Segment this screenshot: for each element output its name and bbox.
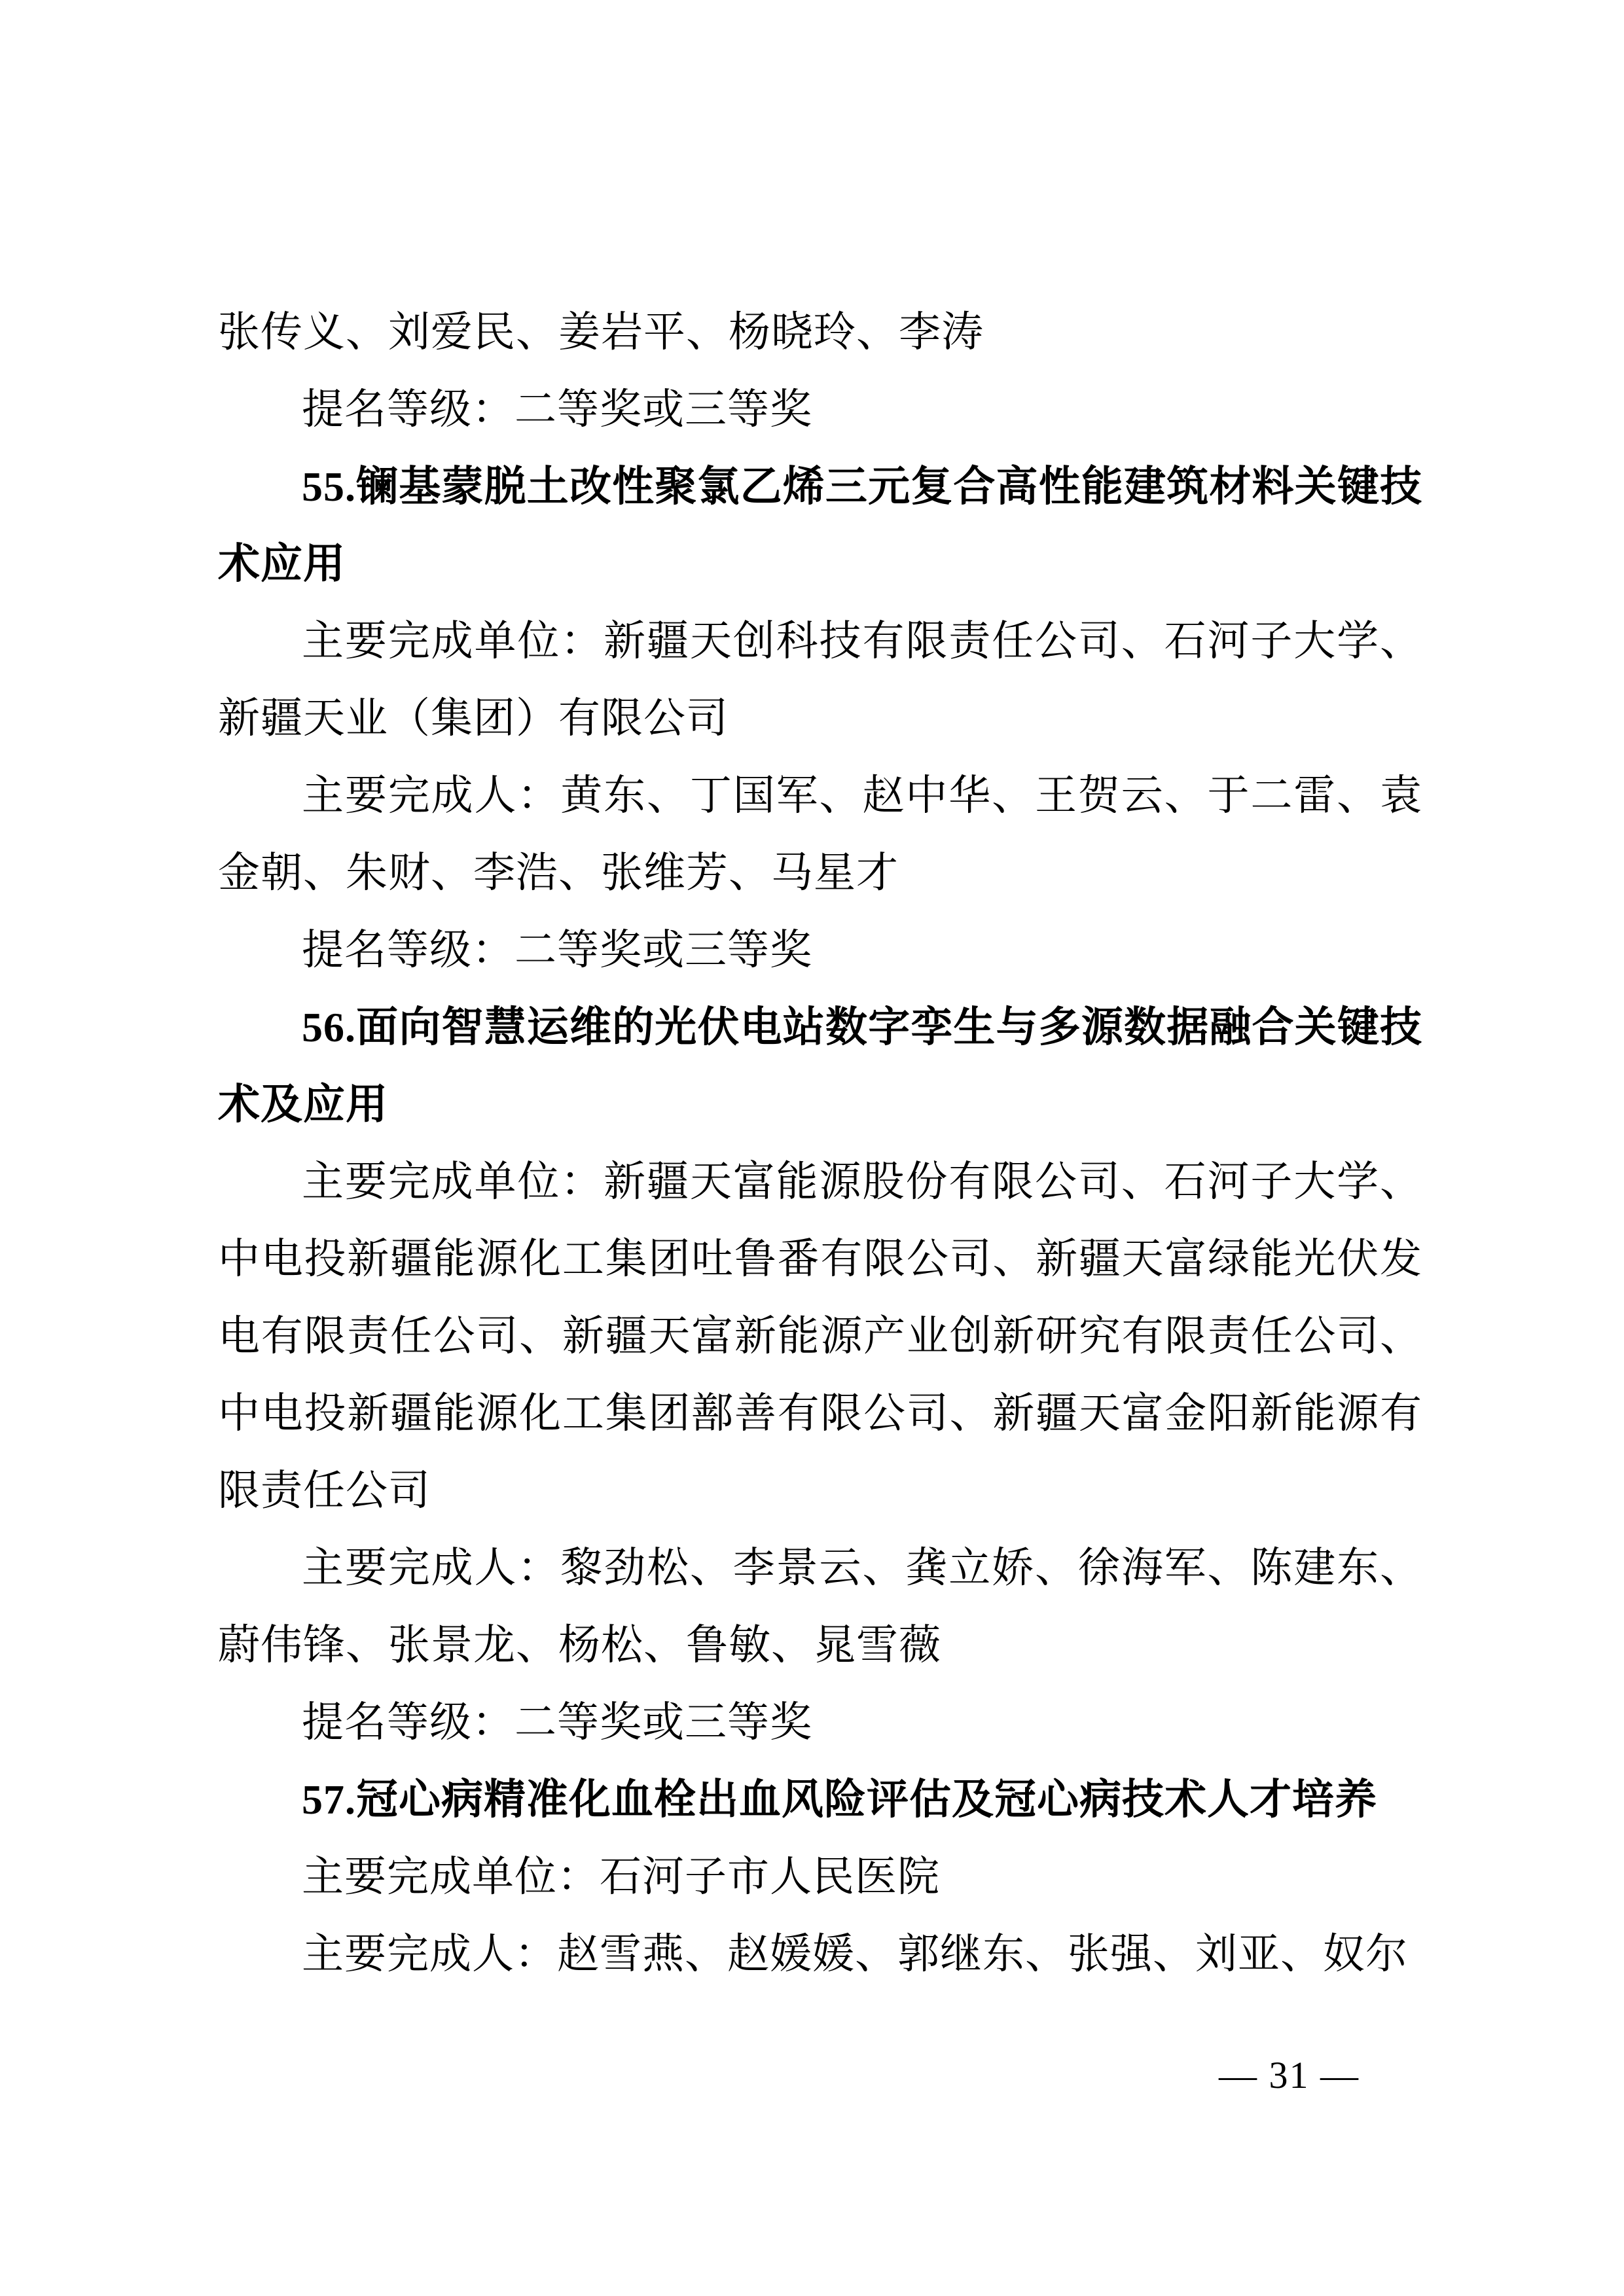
award-entry-55-main-units: 主要完成单位：新疆天创科技有限责任公司、石河子大学、新疆天业（集团）有限公司 (218, 603, 1422, 757)
award-entry-56-main-units: 主要完成单位：新疆天富能源股份有限公司、石河子大学、中电投新疆能源化工集团吐鲁番… (218, 1143, 1422, 1530)
award-entry-55-nomination-grade: 提名等级：二等奖或三等奖 (218, 912, 1422, 989)
award-entry-56-title: 56.面向智慧运维的光伏电站数字孪生与多源数据融合关键技术及应用 (218, 989, 1422, 1143)
paragraph-contributors-continued: 张传义、刘爱民、姜岩平、杨晓玲、李涛 (218, 294, 1422, 371)
award-entry-55-main-contributors: 主要完成人：黄东、丁国军、赵中华、王贺云、于二雷、袁金朝、朱财、李浩、张维芳、马… (218, 757, 1422, 912)
page-number: — 31 — (1219, 2054, 1360, 2097)
paragraph-nomination-grade: 提名等级：二等奖或三等奖 (218, 371, 1422, 448)
document-page: 张传义、刘爱民、姜岩平、杨晓玲、李涛 提名等级：二等奖或三等奖 55.镧基蒙脱土… (0, 0, 1624, 2296)
award-entry-57-main-units: 主要完成单位：石河子市人民医院 (218, 1839, 1422, 1916)
award-entry-57-title: 57.冠心病精准化血栓出血风险评估及冠心病技术人才培养 (218, 1761, 1422, 1839)
award-entry-55-title: 55.镧基蒙脱土改性聚氯乙烯三元复合高性能建筑材料关键技术应用 (218, 448, 1422, 603)
document-body: 张传义、刘爱民、姜岩平、杨晓玲、李涛 提名等级：二等奖或三等奖 55.镧基蒙脱土… (218, 294, 1422, 1993)
award-entry-57-main-contributors: 主要完成人：赵雪燕、赵媛媛、郭继东、张强、刘亚、奴尔 (218, 1916, 1422, 1993)
award-entry-56-nomination-grade: 提名等级：二等奖或三等奖 (218, 1684, 1422, 1761)
award-entry-56-main-contributors: 主要完成人：黎劲松、李景云、龚立娇、徐海军、陈建东、蔚伟锋、张景龙、杨松、鲁敏、… (218, 1530, 1422, 1684)
